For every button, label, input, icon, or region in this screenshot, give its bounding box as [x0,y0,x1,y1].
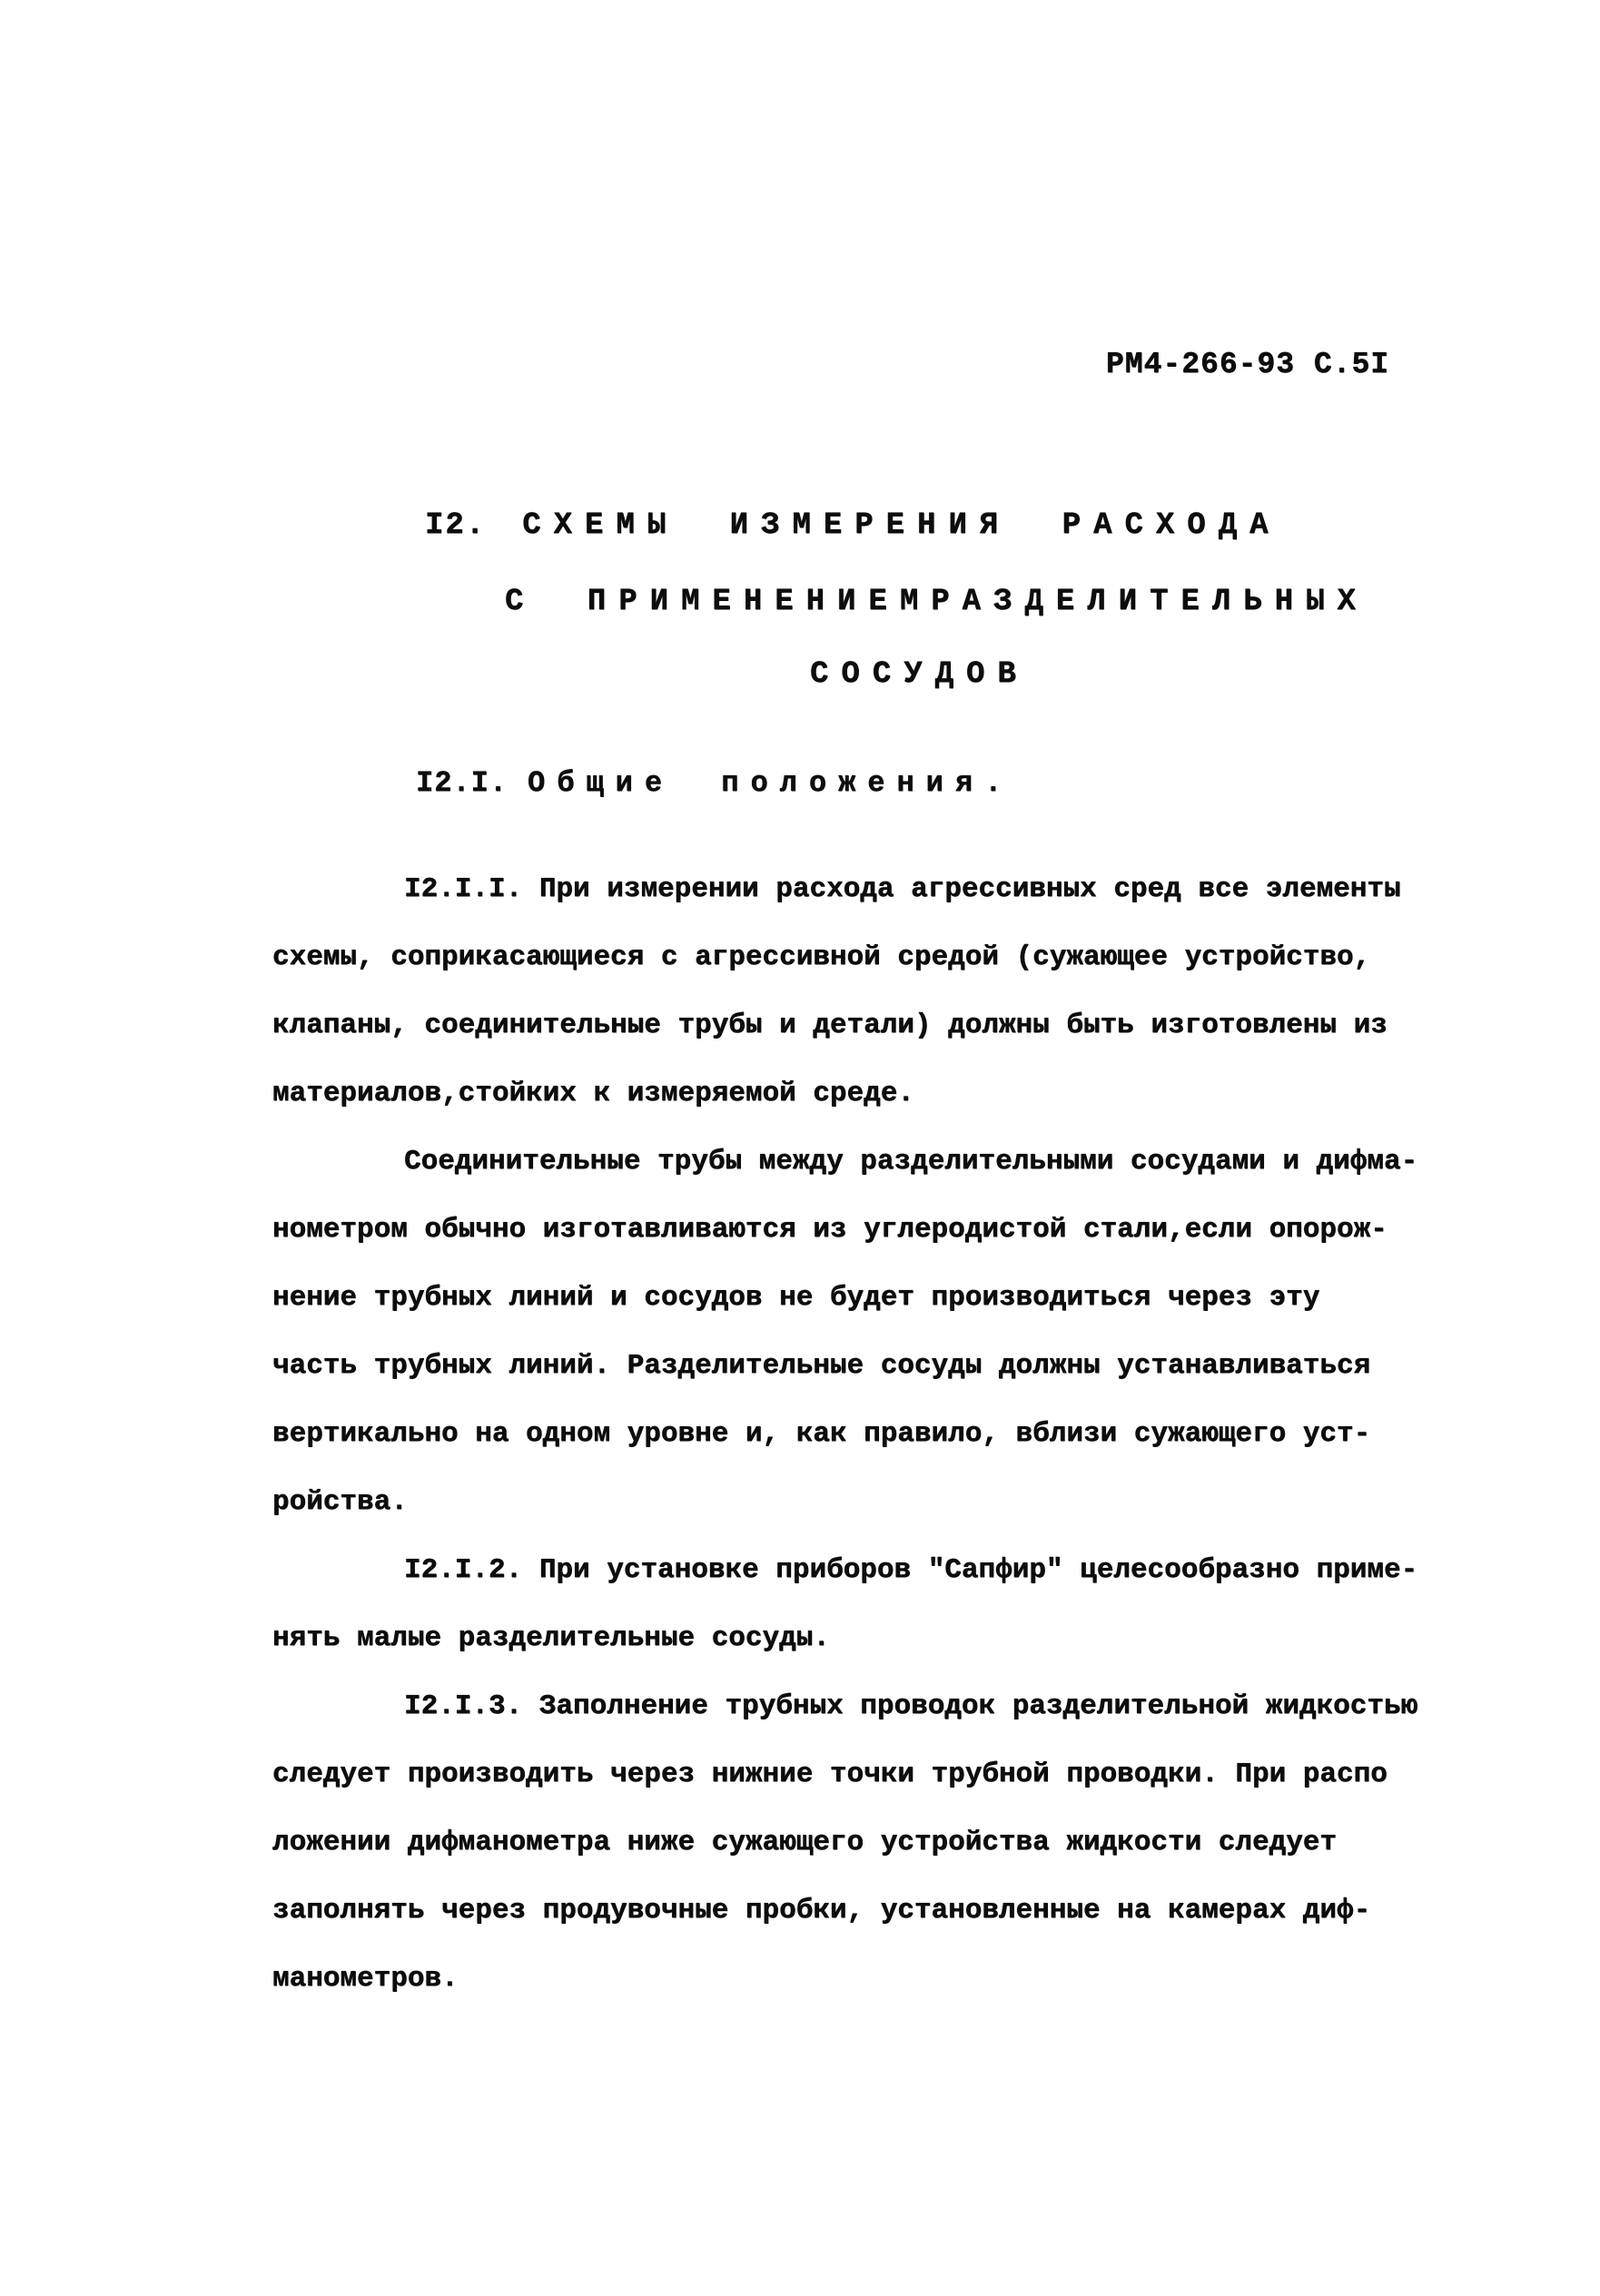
title-text-3: СОСУДОВ [810,657,1029,692]
document-title-line-2: С ПРИМЕНЕНИЕМРАЗДЕЛИТЕЛЬНЫХ [505,585,1368,619]
text-line: часть трубных линий. Разделительные сосу… [272,1332,1471,1400]
text-line: схемы, соприкасающиеся с агрессивной сре… [272,923,1471,991]
text-line: вертикально на одном уровне и, как прави… [272,1400,1471,1468]
document-title-line-3: СОСУДОВ [810,657,1029,692]
text-line: I2.I.I. При измерении расхода агрессивны… [272,855,1471,923]
text-line: ройства. [272,1468,1471,1536]
text-line: манометров. [272,1945,1471,2013]
text-line: нять малые разделительные сосуды. [272,1604,1471,1672]
document-page: РМ4-266-93 С.5I I2.СХЕМЫ ИЗМЕРЕНИЯ РАСХО… [0,0,1600,2296]
document-title-line-1: I2.СХЕМЫ ИЗМЕРЕНИЯ РАСХОДА [425,508,1281,543]
section-heading-number: I2.I. [416,766,508,800]
text-line: I2.I.3. Заполнение трубных проводок разд… [272,1672,1471,1740]
body-text: I2.I.I. При измерении расхода агрессивны… [272,855,1471,2013]
text-line: ложении дифманометра ниже сужающего устр… [272,1808,1471,1877]
text-line: нометром обычно изготавливаются из углер… [272,1196,1471,1264]
title-text-2: С ПРИМЕНЕНИЕМРАЗДЕЛИТЕЛЬНЫХ [505,585,1368,619]
text-line: нение трубных линий и сосудов не будет п… [272,1264,1471,1332]
title-text-1: СХЕМЫ ИЗМЕРЕНИЯ РАСХОДА [522,508,1280,543]
title-section-number: I2. [425,508,486,543]
text-line: I2.I.2. При установке приборов "Сапфир" … [272,1536,1471,1604]
text-line: заполнять через продувочные пробки, уста… [272,1877,1471,1945]
page-reference: РМ4-266-93 С.5I [1106,348,1389,381]
section-heading: I2.I.Общие положения. [416,766,1013,800]
text-line: следует производить через нижние точки т… [272,1740,1471,1808]
text-line: материалов,стойких к измеряемой среде. [272,1059,1471,1128]
section-heading-text: Общие положения. [528,766,1013,800]
text-line: клапаны, соединительные трубы и детали) … [272,991,1471,1059]
text-line: Соединительные трубы между разделительны… [272,1128,1471,1196]
